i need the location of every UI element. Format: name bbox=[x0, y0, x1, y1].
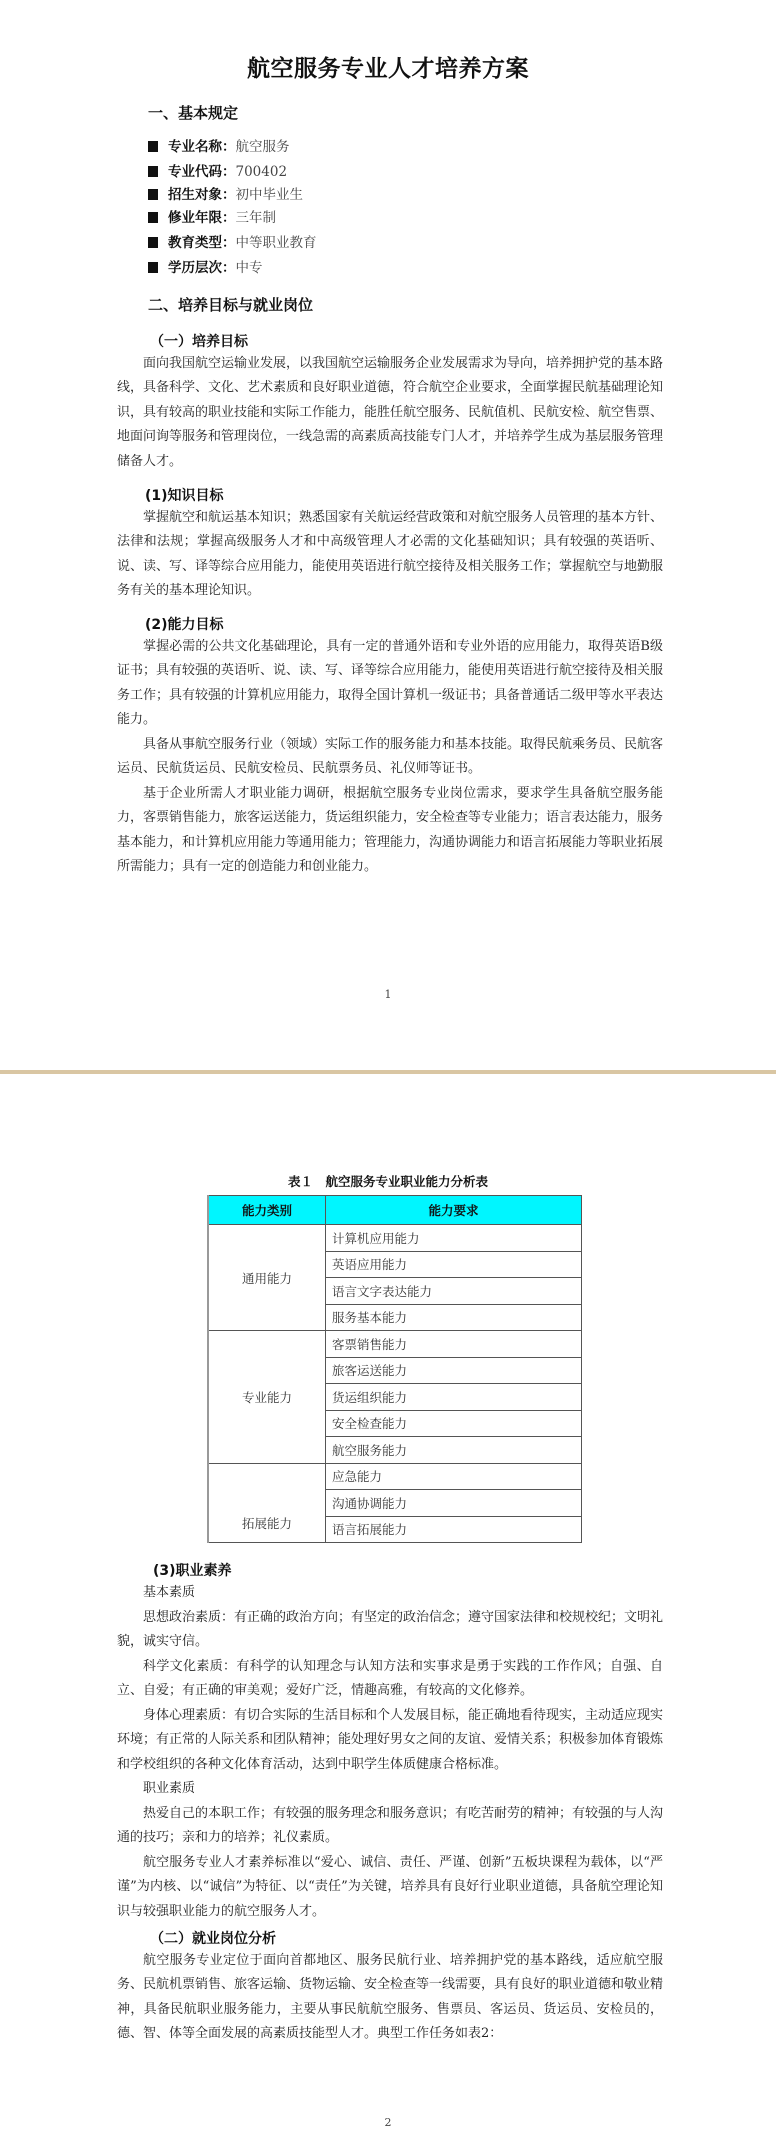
training-goals-paragraph: 面向我国航空运输业发展，以我国航空运输服务企业发展需求为导向，培养拥护党的基本路… bbox=[117, 352, 663, 474]
section-heading-goals: 二、培养目标与就业岗位 bbox=[148, 294, 313, 315]
requirement-cell: 航空服务能力 bbox=[326, 1437, 582, 1464]
info-item-duration: 修业年限：三年制 bbox=[148, 206, 276, 226]
table-row: 专业能力 客票销售能力 bbox=[208, 1331, 582, 1358]
employment-analysis-paragraph: 航空服务专业定位于面向首都地区、服务民航行业、培养拥护党的基本路线，适应航空服务… bbox=[117, 1949, 663, 2047]
info-value: 中专 bbox=[236, 260, 263, 276]
knowledge-goals-heading: (1)知识目标 bbox=[145, 485, 224, 505]
requirement-cell: 旅客运送能力 bbox=[326, 1357, 582, 1384]
page-separator bbox=[0, 1068, 776, 1076]
requirement-cell: 服务基本能力 bbox=[326, 1304, 582, 1331]
requirement-cell: 货运组织能力 bbox=[326, 1384, 582, 1411]
info-label: 学历层次： bbox=[168, 260, 236, 276]
table-header-row: 能力类别 能力要求 bbox=[208, 1196, 582, 1225]
info-value: 中等职业教育 bbox=[236, 235, 317, 251]
info-item-major-name: 专业名称：航空服务 bbox=[148, 135, 290, 155]
info-value: 初中毕业生 bbox=[236, 187, 304, 203]
ability-analysis-table: 能力类别 能力要求 通用能力 计算机应用能力 英语应用能力 语言文字表达能力 服… bbox=[207, 1195, 582, 1543]
info-item-education-type: 教育类型：中等职业教育 bbox=[148, 231, 317, 251]
square-bullet-icon bbox=[148, 212, 158, 223]
requirement-cell: 语言文字表达能力 bbox=[326, 1278, 582, 1305]
professional-quality-paragraph-1: 热爱自己的本职工作；有较强的服务理念和服务意识；有吃苦耐劳的精神；有较强的与人沟… bbox=[117, 1802, 663, 1851]
requirement-cell: 英语应用能力 bbox=[326, 1251, 582, 1278]
info-value: 航空服务 bbox=[236, 139, 290, 155]
knowledge-goals-paragraph: 掌握航空和航运基本知识；熟悉国家有关航运经营政策和对航空服务人员管理的基本方针、… bbox=[117, 506, 663, 604]
square-bullet-icon bbox=[148, 189, 158, 200]
info-item-enrollment: 招生对象：初中毕业生 bbox=[148, 183, 303, 203]
info-label: 教育类型： bbox=[168, 235, 236, 251]
political-quality-paragraph: 思想政治素质：有正确的政治方向；有坚定的政治信念；遵守国家法律和校规校纪；文明礼… bbox=[117, 1606, 663, 1655]
category-cell-professional: 专业能力 bbox=[208, 1331, 326, 1464]
info-label: 专业名称： bbox=[168, 139, 236, 155]
category-cell-extension: 拓展能力 bbox=[208, 1463, 326, 1543]
requirement-cell: 安全检查能力 bbox=[326, 1410, 582, 1437]
requirement-cell: 客票销售能力 bbox=[326, 1331, 582, 1358]
physical-quality-paragraph: 身体心理素质：有切合实际的生活目标和个人发展目标，能正确地看待现实，主动适应现实… bbox=[117, 1704, 663, 1777]
section-heading-basic-rules: 一、基本规定 bbox=[148, 102, 238, 123]
table-row: 通用能力 计算机应用能力 bbox=[208, 1225, 582, 1252]
table-row: 拓展能力 应急能力 bbox=[208, 1463, 582, 1490]
page-number: 1 bbox=[0, 988, 776, 1001]
professional-quality-label: 职业素质 bbox=[117, 1777, 663, 1801]
requirement-cell: 语言拓展能力 bbox=[326, 1516, 582, 1543]
category-cell-general: 通用能力 bbox=[208, 1225, 326, 1331]
requirement-cell: 应急能力 bbox=[326, 1463, 582, 1490]
employment-analysis-heading: （二）就业岗位分析 bbox=[150, 1928, 276, 1948]
ability-goals-heading: (2)能力目标 bbox=[145, 614, 224, 634]
info-value: 三年制 bbox=[236, 210, 277, 226]
info-value: 700402 bbox=[236, 164, 288, 180]
page-separator-band bbox=[0, 1070, 776, 1074]
column-header-requirement: 能力要求 bbox=[326, 1196, 582, 1225]
scientific-quality-paragraph: 科学文化素质：有科学的认知理念与认知方法和实事求是勇于实践的工作作风；自强、自立… bbox=[117, 1655, 663, 1704]
quality-heading: (3)职业素养 bbox=[153, 1560, 232, 1580]
column-header-category: 能力类别 bbox=[208, 1196, 326, 1225]
square-bullet-icon bbox=[148, 237, 158, 248]
requirement-cell: 计算机应用能力 bbox=[326, 1225, 582, 1252]
page-number: 2 bbox=[0, 2116, 776, 2129]
page-1: 航空服务专业人才培养方案 一、基本规定 专业名称：航空服务 专业代码：70040… bbox=[0, 0, 776, 1068]
ability-goals-paragraph-3: 基于企业所需人才职业能力调研，根据航空服务专业岗位需求，要求学生具备航空服务能力… bbox=[117, 782, 663, 880]
info-item-degree-level: 学历层次：中专 bbox=[148, 256, 263, 276]
requirement-cell: 沟通协调能力 bbox=[326, 1490, 582, 1517]
ability-goals-paragraph-1: 掌握必需的公共文化基础理论，具有一定的普通外语和专业外语的应用能力，取得英语B级… bbox=[117, 635, 663, 733]
info-label: 招生对象： bbox=[168, 187, 236, 203]
square-bullet-icon bbox=[148, 166, 158, 177]
ability-goals-paragraph-2: 具备从事航空服务行业（领域）实际工作的服务能力和基本技能。取得民航乘务员、民航客… bbox=[117, 733, 663, 782]
info-label: 专业代码： bbox=[168, 164, 236, 180]
document-title: 航空服务专业人才培养方案 bbox=[0, 50, 776, 83]
professional-quality-paragraph-2: 航空服务专业人才素养标准以“爱心、诚信、责任、严谨、创新”五板块课程为载体，以“… bbox=[117, 1851, 663, 1924]
table-caption: 表１ 航空服务专业职业能力分析表 bbox=[0, 1172, 776, 1190]
info-item-major-code: 专业代码：700402 bbox=[148, 160, 287, 180]
square-bullet-icon bbox=[148, 141, 158, 152]
basic-quality-label: 基本素质 bbox=[117, 1581, 663, 1605]
info-label: 修业年限： bbox=[168, 210, 236, 226]
square-bullet-icon bbox=[148, 262, 158, 273]
subsection-heading-training-goals: （一）培养目标 bbox=[150, 331, 248, 351]
